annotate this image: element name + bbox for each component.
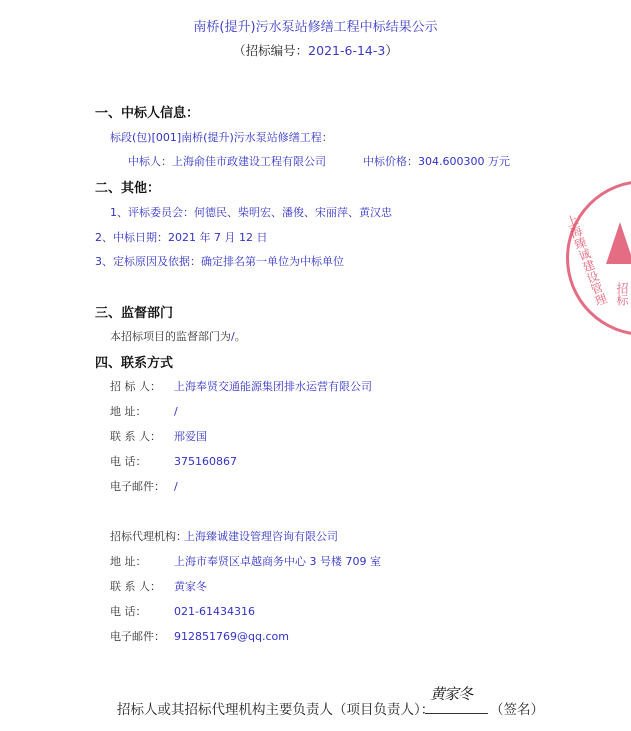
winner-value: 上海俞佳市政建设工程有限公司 — [172, 155, 326, 168]
field-label: 电子邮件： — [110, 628, 174, 644]
basis-value: 确定排名第一单位为中标单位 — [201, 255, 344, 268]
field-label: 电 话： — [110, 603, 174, 619]
field-value: 912851769@qq.com — [174, 630, 289, 643]
signature: 黄家冬 — [430, 683, 472, 704]
section-winner-heading: 一、中标人信息： — [95, 102, 199, 121]
price-label: 中标价格： — [363, 155, 418, 168]
committee-label: 1、评标委员会： — [110, 206, 194, 219]
field-label: 招标代理机构： — [110, 528, 184, 544]
price-row: 中标价格：304.600300 万元 — [363, 153, 510, 169]
document-title: 南桥(提升)污水泵站修缮工程中标结果公示 — [0, 16, 631, 35]
tenderer-address-row: 地 址：/ — [110, 403, 178, 419]
agency-email-row: 电子邮件：912851769@qq.com — [110, 628, 289, 644]
tender-code: 2021-6-14-3 — [308, 43, 385, 58]
field-value: / — [174, 480, 178, 493]
sign-label: 招标人或其招标代理机构主要负责人（项目负责人）： — [117, 698, 434, 718]
field-label: 联 系 人： — [110, 428, 174, 444]
tenderer-name-row: 招 标 人：上海奉贤交通能源集团排水运营有限公司 — [110, 378, 372, 394]
supervision-label: 本招标项目的监督部门为 — [110, 330, 231, 343]
document-subtitle: （招标编号：2021-6-14-3） — [0, 41, 631, 59]
field-label: 电子邮件： — [110, 478, 174, 494]
field-value: 邢爱国 — [174, 430, 207, 443]
supervision-suffix: 。 — [235, 330, 246, 343]
basis-label: 3、定标原因及依据： — [95, 255, 201, 268]
field-value: 上海奉贤交通能源集团排水运营有限公司 — [174, 380, 372, 393]
subtitle-prefix: （招标编号： — [233, 43, 308, 58]
section-other-heading: 二、其他： — [95, 177, 160, 196]
price-value: 304.600300 万元 — [418, 155, 510, 168]
agency-contact-row: 联 系 人：黄家冬 — [110, 578, 207, 594]
agency-address-row: 地 址：上海市奉贤区卓越商务中心 3 号楼 709 室 — [110, 553, 381, 569]
field-value: 上海臻诚建设管理咨询有限公司 — [184, 530, 338, 543]
winner-row: 中标人：上海俞佳市政建设工程有限公司 — [128, 153, 326, 169]
award-date-value: 2021 年 7 月 12 日 — [168, 231, 267, 244]
committee-value: 何德民、柴明宏、潘俊、宋丽萍、黄汉忠 — [194, 206, 392, 219]
field-label: 地 址： — [110, 403, 174, 419]
signature-line — [425, 713, 488, 714]
field-value: 黄家冬 — [174, 580, 207, 593]
field-label: 电 话： — [110, 453, 174, 469]
field-label: 招 标 人： — [110, 378, 174, 394]
field-label: 联 系 人： — [110, 578, 174, 594]
subtitle-suffix: ） — [385, 43, 398, 58]
committee-row: 1、评标委员会：何德民、柴明宏、潘俊、宋丽萍、黄汉忠 — [110, 204, 392, 220]
seal-star-icon — [606, 222, 631, 264]
field-value: 375160867 — [174, 455, 237, 468]
field-value: 上海市奉贤区卓越商务中心 3 号楼 709 室 — [174, 555, 381, 568]
sign-suffix: （签名） — [490, 698, 544, 718]
tenderer-email-row: 电子邮件：/ — [110, 478, 178, 494]
award-date-row: 2、中标日期：2021 年 7 月 12 日 — [95, 229, 267, 245]
field-value: / — [174, 405, 178, 418]
seal-text-bottom: 招标 — [614, 282, 631, 306]
agency-name-row: 招标代理机构：上海臻诚建设管理咨询有限公司 — [110, 528, 338, 544]
basis-row: 3、定标原因及依据：确定排名第一单位为中标单位 — [95, 253, 344, 269]
tenderer-contact-row: 联 系 人：邢爱国 — [110, 428, 207, 444]
lot-title: 标段(包)[001]南桥(提升)污水泵站修缮工程： — [110, 129, 333, 145]
field-label: 地 址： — [110, 553, 174, 569]
award-date-label: 2、中标日期： — [95, 231, 168, 244]
tenderer-phone-row: 电 话：375160867 — [110, 453, 237, 469]
winner-label: 中标人： — [128, 155, 172, 168]
section-contact-heading: 四、联系方式 — [95, 352, 173, 371]
supervision-text: 本招标项目的监督部门为/。 — [110, 328, 246, 344]
agency-phone-row: 电 话：021-61434316 — [110, 603, 255, 619]
section-supervision-heading: 三、监督部门 — [95, 302, 173, 321]
field-value: 021-61434316 — [174, 605, 255, 618]
